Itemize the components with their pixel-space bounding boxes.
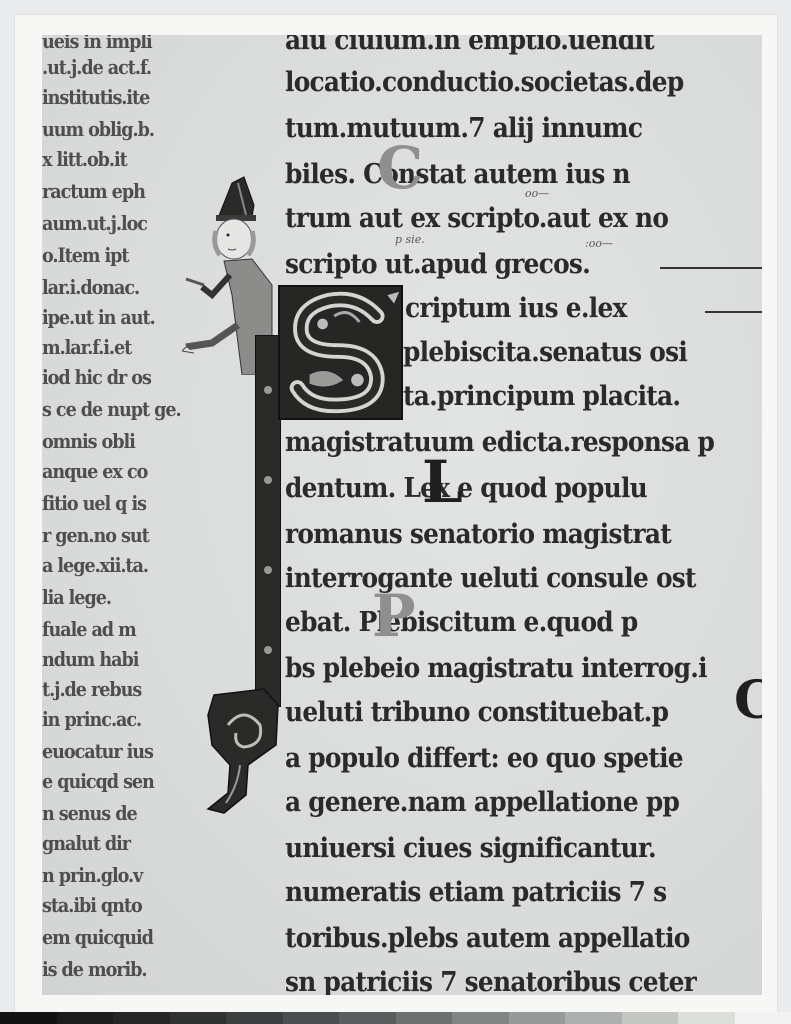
text-line: ractum eph — [42, 179, 145, 203]
text-line: .ut.j.de act.f. — [42, 55, 151, 79]
text-line: ndum habi — [42, 647, 138, 671]
text-line: sta.ibi qnto — [42, 893, 142, 917]
text-line: interrogante ueluti consule ost — [285, 563, 696, 594]
right-text-column: aiu ciuium.in emptio.uendit locatio.cond… — [285, 35, 762, 995]
text-line: a populo differt: eo quo spetie — [285, 743, 683, 774]
ornament-dot — [264, 646, 272, 654]
text-line: sn patriciis 7 senatoribus ceter — [285, 967, 696, 995]
interlinear-gloss: :oo— — [585, 237, 613, 250]
text-line: uum oblig.b. — [42, 117, 154, 141]
text-line: gnalut dir — [42, 831, 130, 855]
ornament-dot — [264, 386, 272, 394]
text-line: bs plebeio magistratu interrog.i — [285, 653, 707, 684]
interlinear-gloss: oo— — [525, 187, 549, 200]
text-line: criptum ius e.lex — [405, 293, 627, 324]
grayscale-calibration-strip — [0, 1012, 791, 1024]
calibration-swatch — [57, 1012, 114, 1024]
calibration-swatch — [735, 1012, 791, 1024]
text-line: tum.mutuum.7 alij innumc — [285, 113, 642, 144]
text-line: a lege.xii.ta. — [42, 553, 148, 577]
text-line: x litt.ob.it — [42, 147, 127, 171]
calibration-swatch — [113, 1012, 170, 1024]
calibration-swatch — [509, 1012, 566, 1024]
strikethrough-mark — [705, 311, 762, 313]
text-line: in princ.ac. — [42, 707, 141, 731]
text-line: scripto ut.apud grecos. — [285, 249, 590, 280]
calibration-swatch — [226, 1012, 283, 1024]
text-line: magistratuum edicta.responsa p — [285, 427, 714, 458]
text-line: lia lege. — [42, 585, 111, 609]
text-line: n senus de — [42, 801, 137, 825]
text-line: is de morib. — [42, 957, 146, 981]
text-line: toribus.plebs autem appellatio — [285, 923, 690, 954]
ornament-dot — [264, 476, 272, 484]
calibration-swatch — [622, 1012, 679, 1024]
calibration-swatch — [170, 1012, 227, 1024]
strikethrough-mark — [660, 267, 762, 269]
text-line: t.j.de rebus — [42, 677, 141, 701]
rubric-initial-c: C — [377, 139, 423, 197]
text-line: anque ex co — [42, 459, 147, 483]
text-line: omnis obli — [42, 429, 135, 453]
text-line: ta.principum placita. — [403, 381, 680, 412]
text-line: ipe.ut in aut. — [42, 305, 155, 329]
text-line: n prin.glo.v — [42, 863, 142, 887]
text-line: o.Item ipt — [42, 243, 128, 267]
rubric-initial-l: L — [422, 453, 463, 511]
rubric-initial-p: P — [372, 587, 416, 645]
calibration-swatch — [565, 1012, 622, 1024]
calibration-swatch — [678, 1012, 735, 1024]
text-line: fuale ad m — [42, 617, 136, 641]
text-line: s ce de nupt ge. — [42, 397, 181, 421]
text-line: iod hic dr os — [42, 365, 151, 389]
calibration-swatch — [283, 1012, 340, 1024]
interlinear-gloss: p sie. — [395, 233, 425, 246]
text-line: institutis.ite — [42, 85, 149, 109]
text-line: aum.ut.j.loc — [42, 211, 147, 235]
text-line: plebiscita.senatus osi — [403, 337, 687, 368]
text-line: a genere.nam appellatione pp — [285, 787, 679, 818]
text-line: dentum. Lex e quod populu — [285, 473, 647, 504]
text-line: ebat. Plebiscitum e.quod p — [285, 607, 637, 638]
text-line: m.lar.f.i.et — [42, 335, 131, 359]
text-line: aiu ciuium.in emptio.uendit — [285, 35, 654, 56]
text-line: ueis in impli — [42, 35, 152, 53]
text-line: euocatur ius — [42, 739, 153, 763]
calibration-swatch — [0, 1012, 57, 1024]
margin-initial: C — [734, 675, 762, 727]
text-line: trum aut ex scripto.aut ex no — [285, 203, 668, 234]
text-line: fitio uel q is — [42, 491, 146, 515]
calibration-swatch — [396, 1012, 453, 1024]
text-line: biles. Constat autem ius n — [285, 159, 630, 190]
ornament-dot — [264, 566, 272, 574]
text-line: e quicqd sen — [42, 769, 154, 793]
text-line: em quicquid — [42, 925, 153, 949]
text-line: romanus senatorio magistrat — [285, 519, 671, 550]
text-line: uniuersi ciues significantur. — [285, 833, 656, 864]
text-line: r gen.no sut — [42, 523, 149, 547]
text-line: ueluti tribuno constituebat.p — [285, 697, 668, 728]
calibration-swatch — [339, 1012, 396, 1024]
calibration-swatch — [452, 1012, 509, 1024]
manuscript-page: ueis in impli .ut.j.de act.f. institutis… — [42, 35, 762, 995]
initial-foot-flourish — [204, 685, 282, 815]
text-line: numeratis etiam patriciis 7 s — [285, 877, 666, 908]
text-line: lar.i.donac. — [42, 275, 139, 299]
text-line: locatio.conductio.societas.dep — [285, 67, 684, 98]
